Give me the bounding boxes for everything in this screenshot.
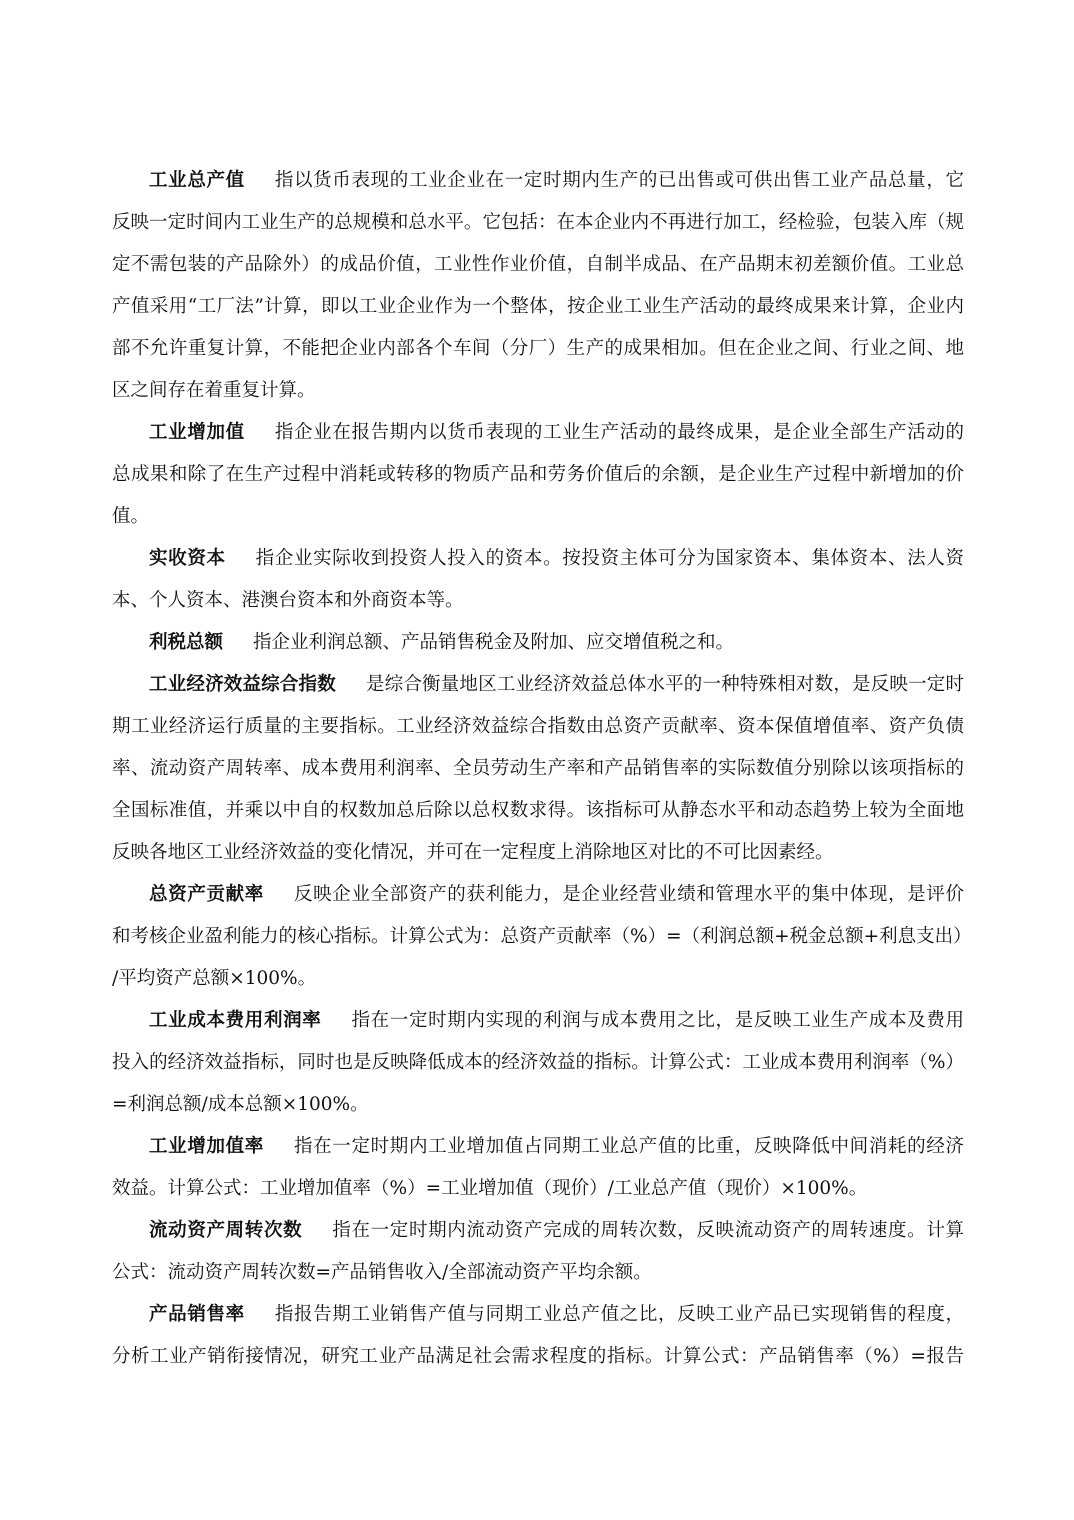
paragraph-line: 公式：流动资产周转次数=产品销售收入/全部流动资产平均余额。 (112, 1252, 964, 1294)
paragraph-line: 分析工业产销衔接情况，研究工业产品满足社会需求程度的指标。计算公式：产品销售率（… (112, 1336, 964, 1378)
definition-term: 利税总额 (149, 632, 223, 653)
paragraph-line: 反映各地区工业经济效益的变化情况，并可在一定程度上消除地区对比的不可比因素经。 (112, 832, 964, 874)
paragraph-line: 工业增加值指企业在报告期内以货币表现的工业生产活动的最终成果，是企业全部生产活动… (112, 412, 964, 454)
document-page: 工业总产值指以货币表现的工业企业在一定时期内生产的已出售或可供出售工业产品总量，… (112, 160, 964, 1378)
paragraph-line: 期工业经济运行质量的主要指标。工业经济效益综合指数由总资产贡献率、资本保值增值率… (112, 706, 964, 748)
paragraph-line: 全国标准值，并乘以中自的权数加总后除以总权数求得。该指标可从静态水平和动态趋势上… (112, 790, 964, 832)
paragraph-line: 和考核企业盈利能力的核心指标。计算公式为：总资产贡献率（%）=（利润总额+税金总… (112, 916, 964, 958)
paragraph-line: 产品销售率指报告期工业销售产值与同期工业总产值之比，反映工业产品已实现销售的程度… (112, 1294, 964, 1336)
paragraph-line: 总成果和除了在生产过程中消耗或转移的物质产品和劳务价值后的余额，是企业生产过程中… (112, 454, 964, 496)
paragraph-line: 效益。计算公式：工业增加值率（%）=工业增加值（现价）/工业总产值（现价）×10… (112, 1168, 964, 1210)
paragraph-line: 率、流动资产周转率、成本费用利润率、全员劳动生产率和产品销售率的实际数值分别除以… (112, 748, 964, 790)
definition-current-asset-turnover: 流动资产周转次数指在一定时期内流动资产完成的周转次数，反映流动资产的周转速度。计… (112, 1210, 964, 1294)
paragraph-line: 值。 (112, 496, 964, 538)
definition-term: 总资产贡献率 (149, 884, 264, 905)
paragraph-line: 工业经济效益综合指数是综合衡量地区工业经济效益总体水平的一种特殊相对数，是反映一… (112, 664, 964, 706)
paragraph-line: 利税总额指企业利润总额、产品销售税金及附加、应交增值税之和。 (112, 622, 964, 664)
paragraph-line: 投入的经济效益指标，同时也是反映降低成本的经济效益的指标。计算公式：工业成本费用… (112, 1042, 964, 1084)
definition-product-sales-rate: 产品销售率指报告期工业销售产值与同期工业总产值之比，反映工业产品已实现销售的程度… (112, 1294, 964, 1378)
definition-total-asset-contribution-rate: 总资产贡献率反映企业全部资产的获利能力，是企业经营业绩和管理水平的集中体现，是评… (112, 874, 964, 1000)
paragraph-line: 工业总产值指以货币表现的工业企业在一定时期内生产的已出售或可供出售工业产品总量，… (112, 160, 964, 202)
paragraph-line: /平均资产总额×100%。 (112, 958, 964, 1000)
definition-term: 工业经济效益综合指数 (149, 674, 336, 695)
definition-industrial-value-added: 工业增加值指企业在报告期内以货币表现的工业生产活动的最终成果，是企业全部生产活动… (112, 412, 964, 538)
paragraph-line: 定不需包装的产品除外）的成品价值，工业性作业价值，自制半成品、在产品期末初差额价… (112, 244, 964, 286)
paragraph-line: 总资产贡献率反映企业全部资产的获利能力，是企业经营业绩和管理水平的集中体现，是评… (112, 874, 964, 916)
paragraph-line: 产值采用“工厂法”计算，即以工业企业作为一个整体，按企业工业生产活动的最终成果来… (112, 286, 964, 328)
paragraph-line: 工业增加值率指在一定时期内工业增加值占同期工业总产值的比重，反映降低中间消耗的经… (112, 1126, 964, 1168)
paragraph-line: =利润总额/成本总额×100%。 (112, 1084, 964, 1126)
paragraph-line: 反映一定时间内工业生产的总规模和总水平。它包括：在本企业内不再进行加工，经检验，… (112, 202, 964, 244)
paragraph-line: 部不允许重复计算，不能把企业内部各个车间（分厂）生产的成果相加。但在企业之间、行… (112, 328, 964, 370)
definition-term: 实收资本 (149, 548, 226, 569)
definition-term: 工业增加值 (149, 422, 245, 443)
definition-gross-industrial-output: 工业总产值指以货币表现的工业企业在一定时期内生产的已出售或可供出售工业产品总量，… (112, 160, 964, 412)
definition-paid-in-capital: 实收资本指企业实际收到投资人投入的资本。按投资主体可分为国家资本、集体资本、法人… (112, 538, 964, 622)
definition-term: 工业总产值 (149, 170, 245, 191)
definition-total-profit-tax: 利税总额指企业利润总额、产品销售税金及附加、应交增值税之和。 (112, 622, 964, 664)
paragraph-line: 本、个人资本、港澳台资本和外商资本等。 (112, 580, 964, 622)
definition-cost-profit-ratio: 工业成本费用利润率指在一定时期内实现的利润与成本费用之比，是反映工业生产成本及费… (112, 1000, 964, 1126)
definition-term: 流动资产周转次数 (149, 1220, 302, 1241)
paragraph-line: 实收资本指企业实际收到投资人投入的资本。按投资主体可分为国家资本、集体资本、法人… (112, 538, 964, 580)
definition-economic-efficiency-index: 工业经济效益综合指数是综合衡量地区工业经济效益总体水平的一种特殊相对数，是反映一… (112, 664, 964, 874)
definition-term: 工业增加值率 (149, 1136, 264, 1157)
paragraph-line: 流动资产周转次数指在一定时期内流动资产完成的周转次数，反映流动资产的周转速度。计… (112, 1210, 964, 1252)
paragraph-line: 工业成本费用利润率指在一定时期内实现的利润与成本费用之比，是反映工业生产成本及费… (112, 1000, 964, 1042)
definition-term: 工业成本费用利润率 (149, 1010, 321, 1031)
paragraph-line: 区之间存在着重复计算。 (112, 370, 964, 412)
definition-term: 产品销售率 (149, 1304, 245, 1325)
definition-value-added-rate: 工业增加值率指在一定时期内工业增加值占同期工业总产值的比重，反映降低中间消耗的经… (112, 1126, 964, 1210)
